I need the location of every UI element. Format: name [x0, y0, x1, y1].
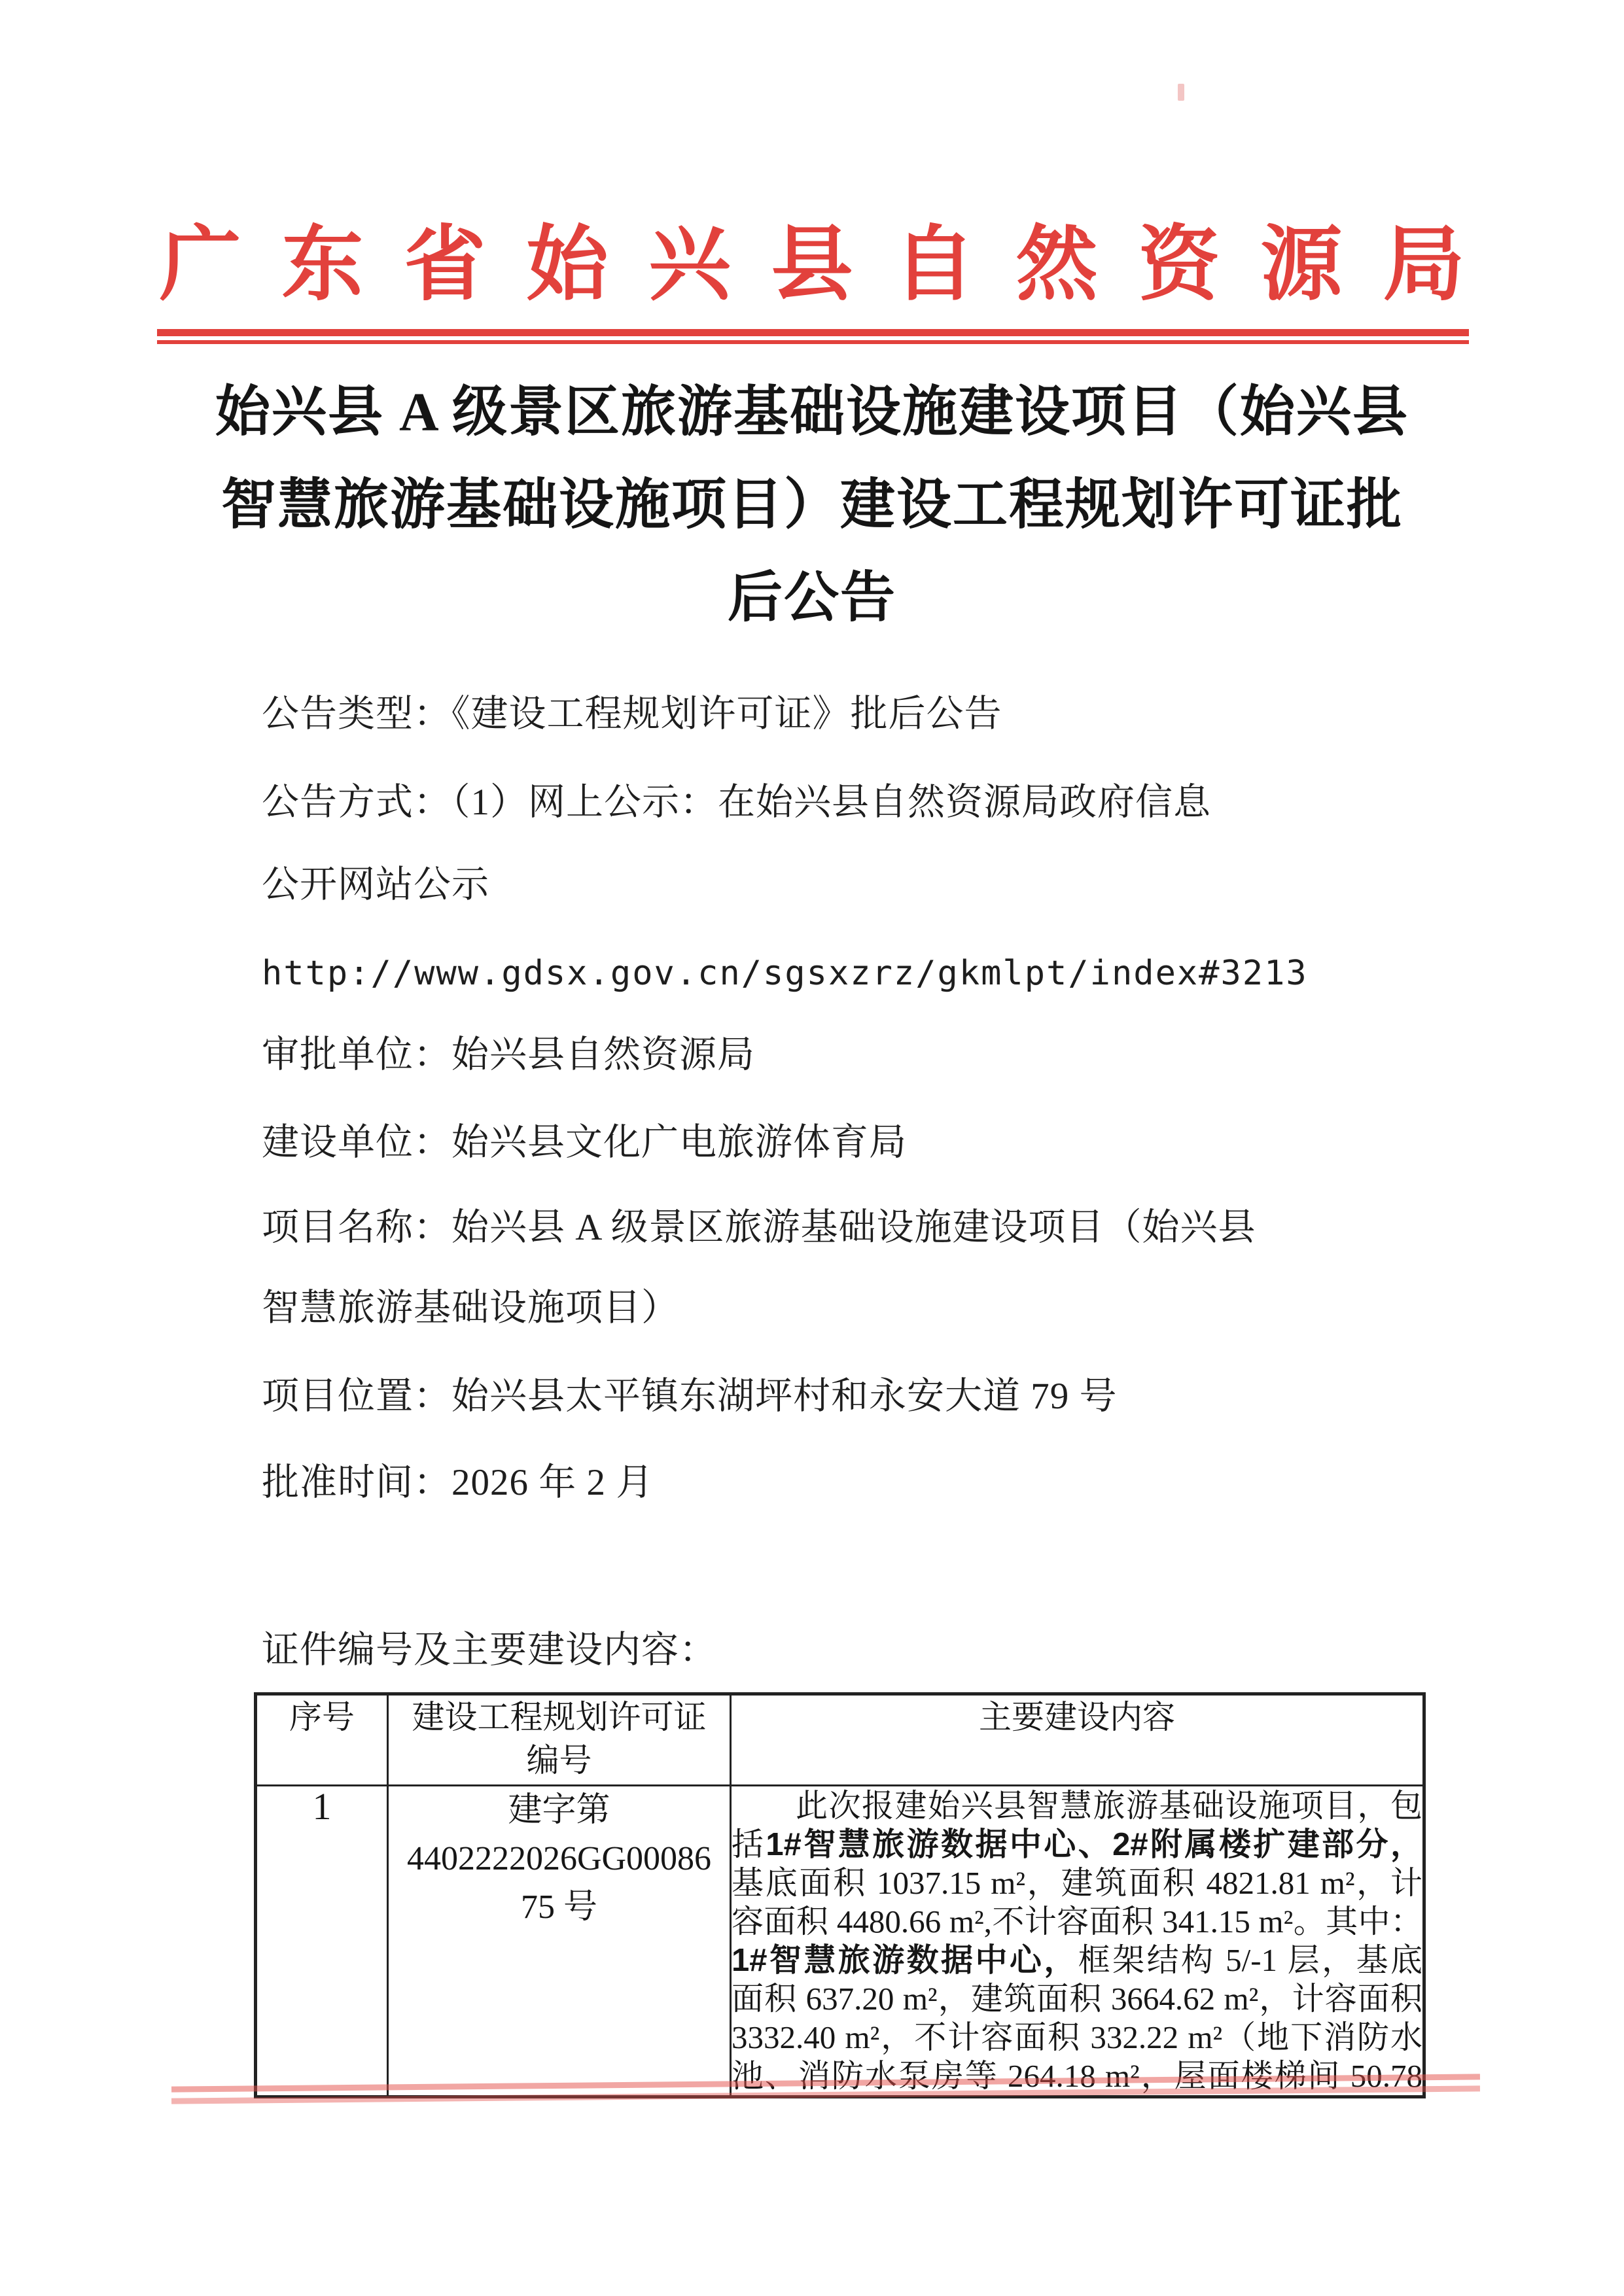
- permit-table: 序号 建设工程规划许可证 编号 主要建设内容 1 建字第 4402222026G…: [254, 1692, 1426, 2098]
- approval-date-line: 批准时间：2026 年 2 月: [262, 1463, 1426, 1503]
- header-permit-number-line-1: 建设工程规划许可证: [389, 1696, 730, 1739]
- header-cell-permit-number: 建设工程规划许可证 编号: [388, 1694, 731, 1786]
- content-text-line: 1#智慧旅游数据中心，框架结构 5/-1 层，基底: [732, 1941, 1422, 1979]
- content-text-line: 容面积 4480.66 m²,不计容面积 341.15 m²。其中：: [732, 1902, 1422, 1941]
- document-title: 始兴县 A 级景区旅游基础设施建设项目（始兴县 智慧旅游基础设施项目）建设工程规…: [0, 366, 1624, 645]
- divider-thin-line: [157, 340, 1469, 344]
- letterhead-divider: [157, 329, 1469, 344]
- content-text-line: 3332.40 m²，不计容面积 332.22 m²（地下消防水: [732, 2018, 1422, 2057]
- header-cell-index: 序号: [256, 1694, 388, 1786]
- table-section-heading: 证件编号及主要建设内容：: [262, 1631, 717, 1670]
- scan-artifact-dot: [1178, 84, 1184, 101]
- agency-letterhead: 广东省始兴县自然资源局: [0, 215, 1624, 317]
- divider-thick-line: [157, 329, 1469, 336]
- announcement-method-line: 公告方式：（1）网上公示：在始兴县自然资源局政府信息: [262, 783, 1426, 822]
- header-cell-main-content: 主要建设内容: [731, 1694, 1424, 1786]
- document-title-line-1: 始兴县 A 级景区旅游基础设施建设项目（始兴县: [0, 366, 1624, 459]
- announcement-url: http://www.gdsx.gov.cn/sgsxzrz/gkmlpt/in…: [262, 954, 1426, 993]
- document-title-line-2: 智慧旅游基础设施项目）建设工程规划许可证批: [0, 459, 1624, 552]
- content-text-line: 此次报建始兴县智慧旅游基础设施项目，包: [732, 1786, 1422, 1825]
- permit-number-line-3: 75 号: [389, 1883, 730, 1932]
- announcement-type-line: 公告类型：《建设工程规划许可证》批后公告: [262, 695, 1426, 734]
- document-title-line-3: 后公告: [0, 552, 1624, 645]
- project-name-continued-line: 智慧旅游基础设施项目）: [262, 1289, 1426, 1328]
- permit-number-line-2: 4402222026GG00086: [389, 1835, 730, 1883]
- content-text-line: 面积 637.20 m²，建筑面积 3664.62 m²，计容面积: [732, 1979, 1422, 2018]
- document-page: 广东省始兴县自然资源局 始兴县 A 级景区旅游基础设施建设项目（始兴县 智慧旅游…: [0, 0, 1624, 2296]
- main-construction-content-cell: 此次报建始兴县智慧旅游基础设施项目，包括1#智慧旅游数据中心、2#附属楼扩建部分…: [731, 1786, 1424, 2097]
- content-text-line: 基底面积 1037.15 m²，建筑面积 4821.81 m²，计: [732, 1864, 1422, 1902]
- permit-table-data-row: 1 建字第 4402222026GG00086 75 号 此次报建始兴县智慧旅游…: [256, 1786, 1424, 2097]
- row-index-cell: 1: [256, 1786, 388, 2097]
- header-permit-number-line-2: 编号: [389, 1739, 730, 1782]
- permit-number-line-1: 建字第: [389, 1786, 730, 1835]
- project-location-line: 项目位置：始兴县太平镇东湖坪村和永安大道 79 号: [262, 1377, 1426, 1416]
- construction-unit-line: 建设单位：始兴县文化广电旅游体育局: [262, 1123, 1426, 1162]
- permit-table-header-row: 序号 建设工程规划许可证 编号 主要建设内容: [256, 1694, 1424, 1786]
- permit-number-cell: 建字第 4402222026GG00086 75 号: [388, 1786, 731, 2097]
- content-text-line: 括1#智慧旅游数据中心、2#附属楼扩建部分，: [732, 1825, 1422, 1864]
- announcement-method-continued-line: 公开网站公示: [262, 865, 1426, 905]
- project-name-line: 项目名称：始兴县 A 级景区旅游基础设施建设项目（始兴县: [262, 1208, 1426, 1247]
- approving-authority-line: 审批单位：始兴县自然资源局: [262, 1035, 1426, 1075]
